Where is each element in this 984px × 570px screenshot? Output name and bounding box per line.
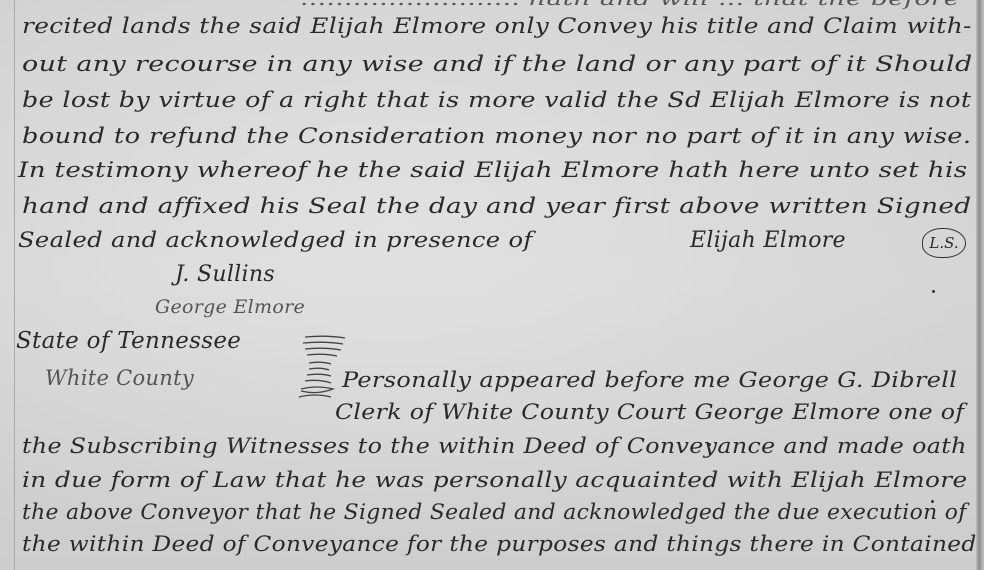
- deed-line-2: out any recourse in any wise and if the …: [22, 52, 973, 76]
- witness-2-signature: George Elmore: [155, 296, 305, 318]
- ink-spot: [708, 443, 711, 446]
- ink-spot: [932, 290, 935, 293]
- venue-county: White County: [45, 366, 194, 390]
- deed-line-1: recited lands the said Elijah Elmore onl…: [22, 14, 972, 38]
- ink-spot: [931, 500, 934, 503]
- ack-line-2: Clerk of White County Court George Elmor…: [335, 400, 964, 424]
- ack-line-3: the Subscribing Witnesses to the within …: [22, 434, 967, 458]
- seal-icon: L.S.: [922, 228, 966, 258]
- ack-line-5: the above Conveyor that he Signed Sealed…: [22, 500, 967, 524]
- venue-state: State of Tennessee: [16, 328, 241, 354]
- ack-line-4: in due form of Law that he was personall…: [22, 468, 968, 492]
- witness-1-signature: J. Sullins: [175, 262, 275, 287]
- deed-line-3: be lost by virtue of a right that is mor…: [22, 88, 971, 112]
- deed-line-0: ......................... hath and will …: [300, 0, 960, 10]
- left-margin-rule: [14, 0, 15, 570]
- ack-line-6: the within Deed of Conveyance for the pu…: [22, 532, 977, 556]
- grantor-signature: Elijah Elmore: [690, 228, 846, 253]
- document-page: ......................... hath and will …: [0, 0, 984, 570]
- seal-label: L.S.: [929, 234, 958, 252]
- deed-line-4: bound to refund the Consideration money …: [22, 124, 971, 148]
- deed-line-5: In testimony whereof he the said Elijah …: [18, 158, 967, 182]
- ack-line-1: Personally appeared before me George G. …: [342, 368, 957, 392]
- deed-line-7: Sealed and acknowledged in presence of: [18, 228, 533, 252]
- page-binding-edge: [976, 0, 984, 570]
- deed-line-6: hand and affixed his Seal the day and ye…: [22, 194, 971, 218]
